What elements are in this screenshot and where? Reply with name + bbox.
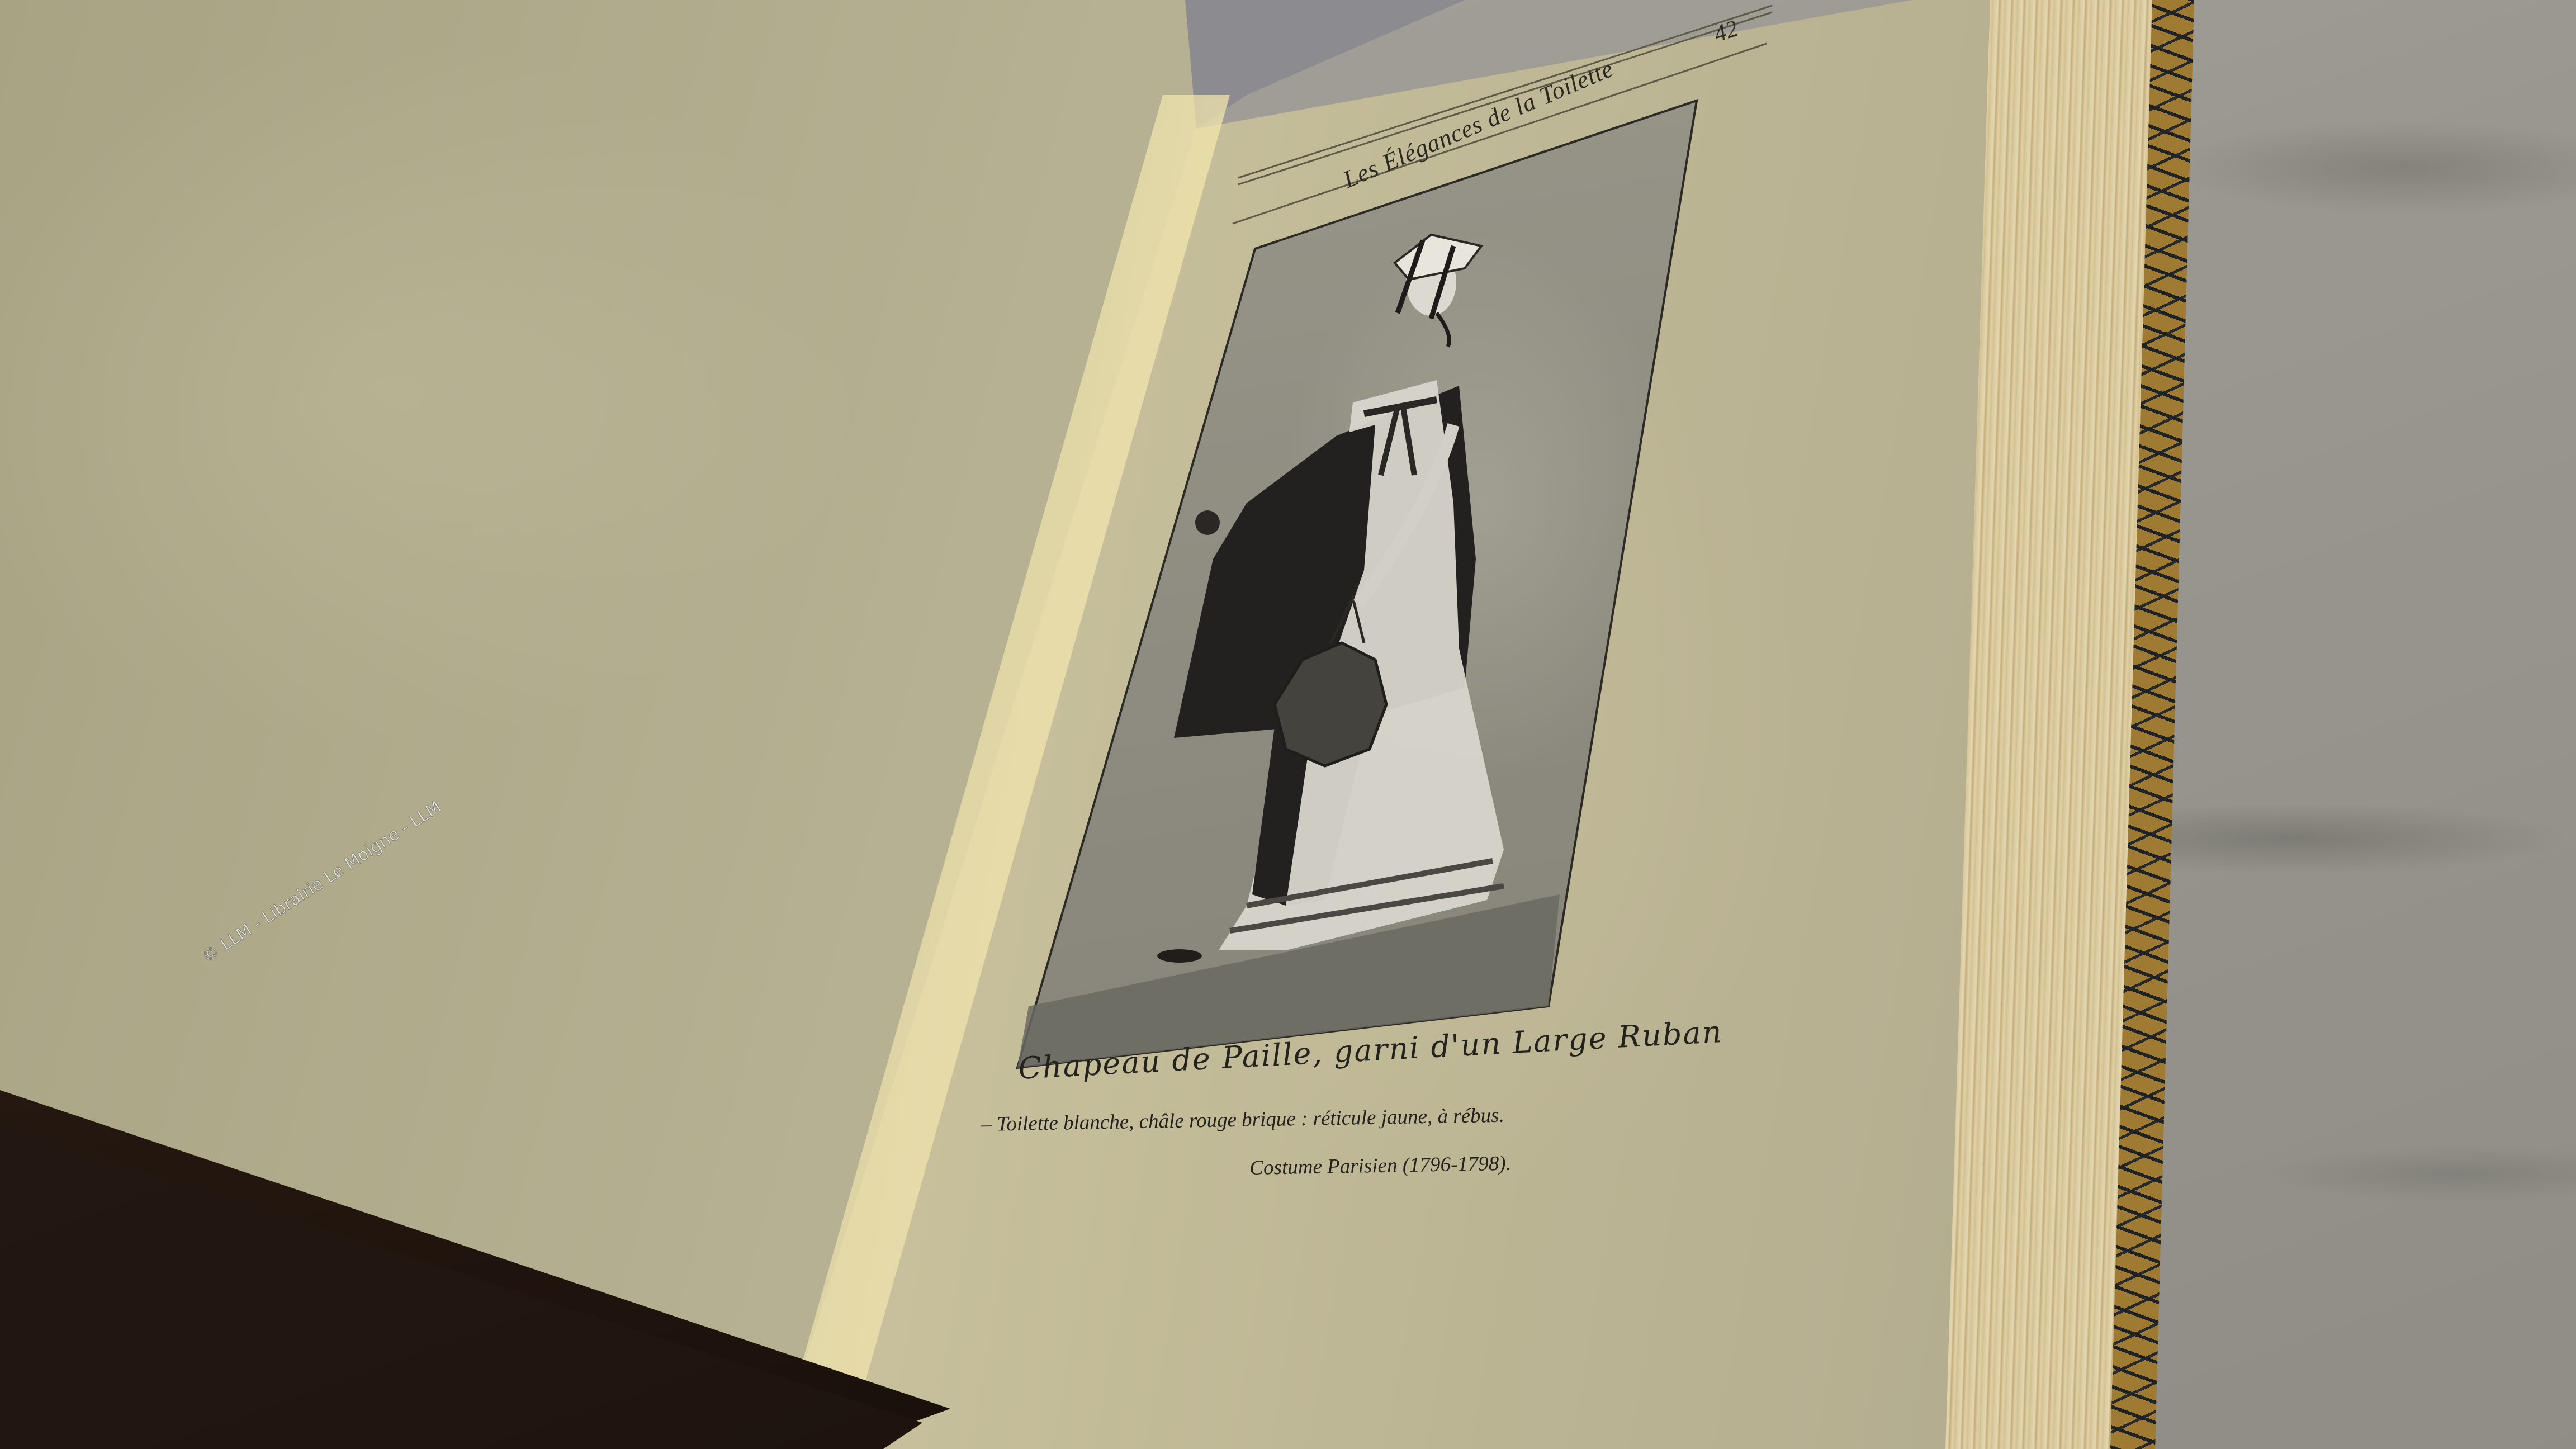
caption-source: Costume Parisien (1796-1798). [1249,1152,1511,1180]
